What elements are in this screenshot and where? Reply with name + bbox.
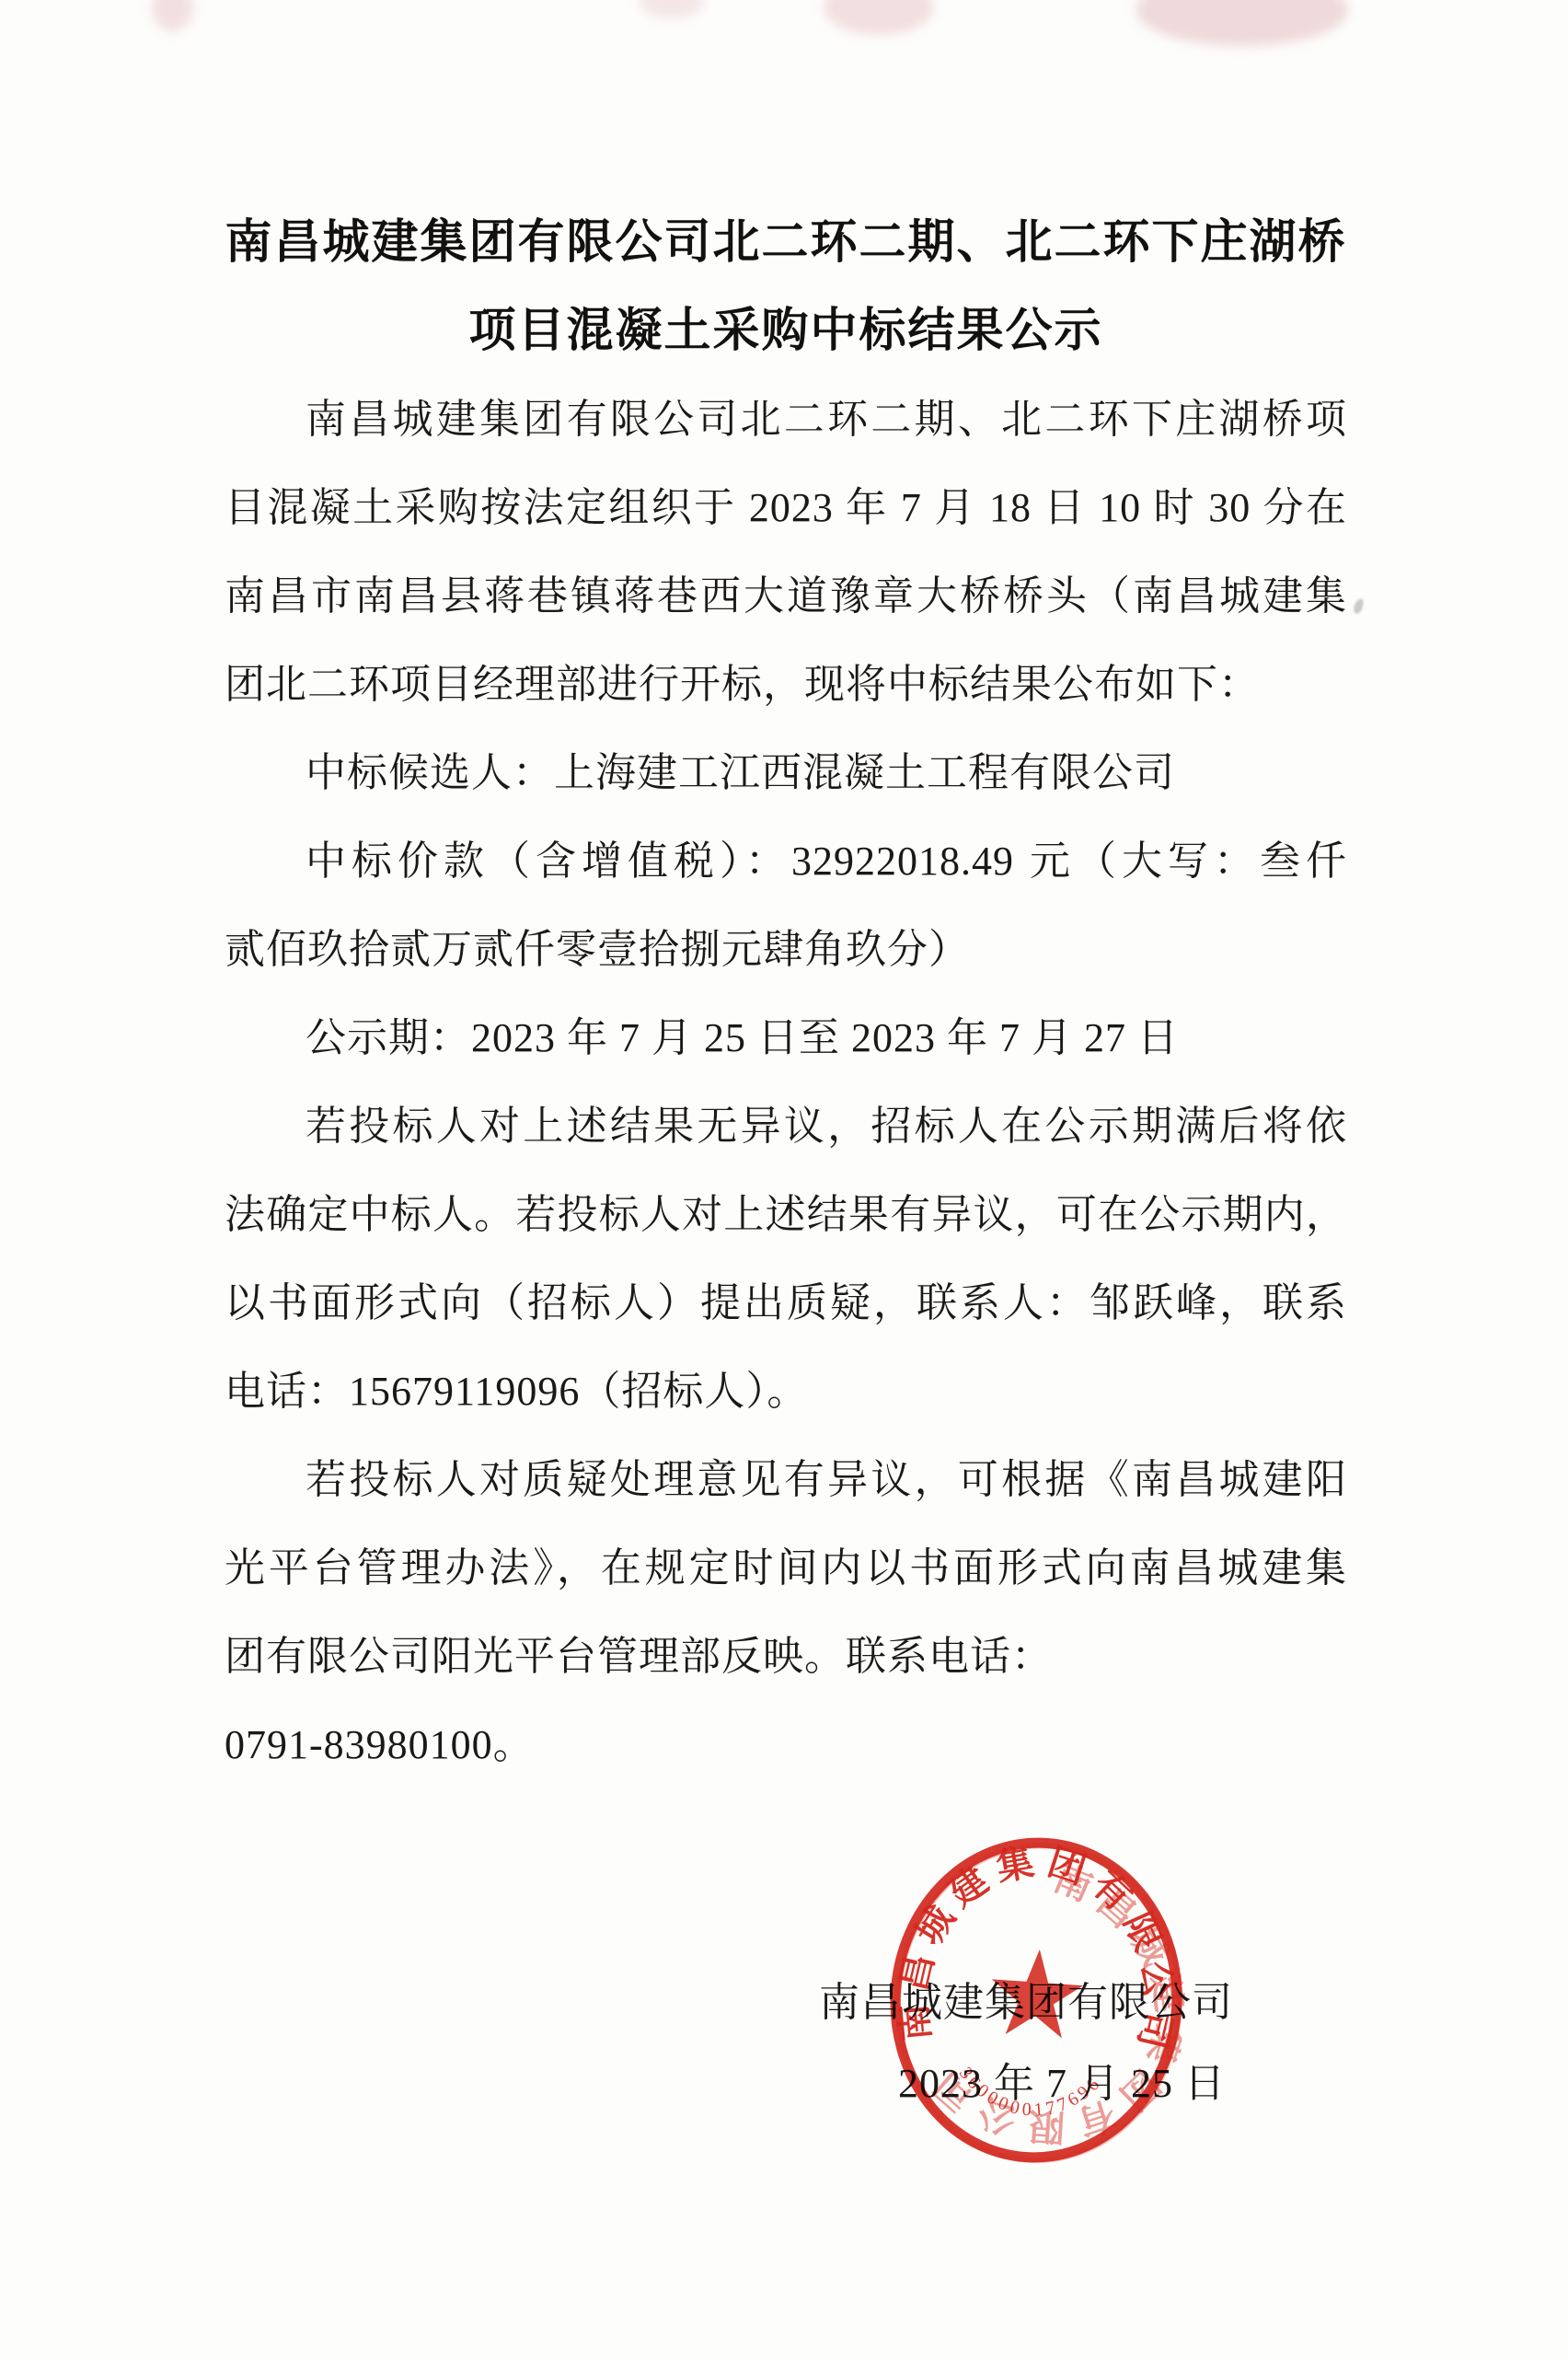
scan-speck [1352, 597, 1365, 615]
body-line: 若投标人对上述结果无异议，招标人在公示期满后将依 [225, 1082, 1347, 1171]
body-line: 团北二环项目经理部进行开标，现将中标结果公布如下： [225, 641, 1347, 729]
scan-smudge [1136, 0, 1348, 46]
scan-smudge [640, 0, 704, 18]
document-body: 南昌城建集团有限公司北二环二期、北二环下庄湖桥 项目混凝土采购中标结果公示 南昌… [225, 199, 1347, 1789]
body-line: 法确定中标人。若投标人对上述结果有异议，可在公示期内， [225, 1171, 1347, 1259]
star-icon [988, 1946, 1086, 2039]
scan-smudge [824, 0, 934, 35]
body-line-winner: 中标候选人：上海建工江西混凝土工程有限公司 [225, 729, 1347, 817]
body-line: 若投标人对质疑处理意见有异议，可根据《南昌城建阳 [225, 1436, 1347, 1524]
body-line: 目混凝土采购按法定组织于 2023 年 7 月 18 日 10 时 30 分在 [225, 464, 1347, 552]
scanned-document-page: 南昌城建集团有限公司北二环二期、北二环下庄湖桥 项目混凝土采购中标结果公示 南昌… [0, 0, 1568, 2360]
body-line-phone: 电话：15679119096（招标人）。 [225, 1348, 1347, 1436]
body-line-hotline: 0791-83980100。 [225, 1701, 1347, 1789]
body-line: 南昌市南昌县蒋巷镇蒋巷西大道豫章大桥桥头（南昌城建集 [225, 552, 1347, 641]
body-line: 光平台管理办法》，在规定时间内以书面形式向南昌城建集 [225, 1524, 1347, 1613]
body-line: 以书面形式向（招标人）提出质疑，联系人：邹跃峰，联系 [225, 1259, 1347, 1348]
company-seal: 南昌城建集团有限公司 南昌城建集团有限公司 3600000177696 [877, 1825, 1195, 2175]
doc-title-line-2: 项目混凝土采购中标结果公示 [225, 287, 1347, 376]
body-line: 南昌城建集团有限公司北二环二期、北二环下庄湖桥项 [225, 376, 1347, 464]
scan-smudge [152, 0, 193, 31]
seal-company-arc-text: 南昌城建集团有限公司 [889, 1831, 1191, 2063]
body-line: 团有限公司阳光平台管理部反映。联系电话： [225, 1613, 1347, 1701]
doc-title-line-1: 南昌城建集团有限公司北二环二期、北二环下庄湖桥 [225, 199, 1347, 287]
body-line-publicity-period: 公示期：2023 年 7 月 25 日至 2023 年 7 月 27 日 [225, 994, 1347, 1082]
body-line-price: 中标价款（含增值税）：32922018.49 元（大写：叁仟 [225, 817, 1347, 906]
body-line: 贰佰玖拾贰万贰仟零壹拾捌元肆角玖分） [225, 906, 1347, 994]
